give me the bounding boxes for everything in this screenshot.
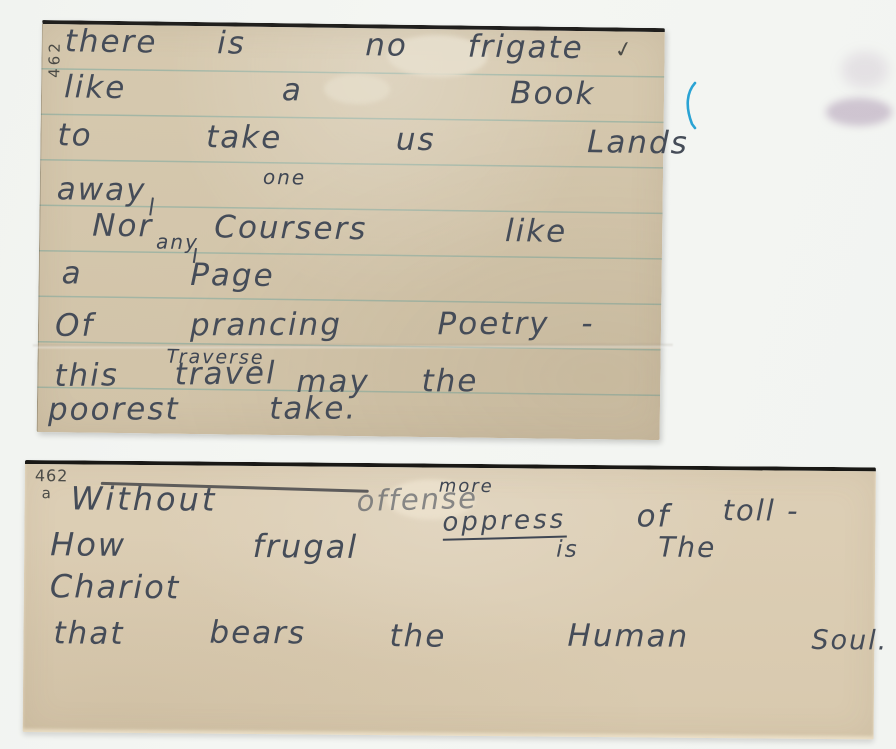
poem-line: Of prancing Poetry - — [55, 309, 595, 342]
poem-line: a Page — [61, 258, 274, 292]
interlinear-insertion-one: one — [263, 167, 306, 188]
poem-word: Soul. — [811, 627, 888, 655]
catalog-number-vertical: 462 — [45, 40, 63, 78]
purple-smudge — [826, 98, 892, 126]
poem-line: Nor — [92, 211, 153, 243]
poem-line: Without — [71, 482, 218, 515]
interlinear-insertion-more: more — [439, 478, 494, 496]
poem-line: poorest take. — [48, 393, 357, 425]
poem-line: to take us Lands — [57, 120, 689, 159]
poem-word: of — [636, 501, 670, 532]
bottom-card-slip: 462 a Without offense more oppress of to… — [23, 460, 876, 739]
poem-word: The — [658, 534, 716, 563]
poem-line: this travel — [54, 358, 277, 392]
poem-word: is — [556, 539, 579, 562]
interlinear-insertion-any: any — [156, 232, 199, 253]
purple-smudge-faint — [842, 52, 888, 88]
poem-line: Coursers like — [214, 212, 567, 248]
poem-word: toll - — [722, 496, 799, 526]
top-index-card: 462 ✓ there is no frigate like a Book to… — [37, 20, 665, 440]
poem-line: there is no frigate — [65, 26, 584, 64]
catalog-letter: a — [42, 486, 53, 501]
poem-word: that — [53, 618, 124, 650]
poem-word: Human — [567, 621, 689, 653]
poem-word: bears — [209, 618, 306, 650]
poem-line: like a Book — [64, 72, 596, 110]
paper-crease — [33, 344, 673, 349]
catalog-number: 462 — [35, 468, 69, 484]
check-mark: ✓ — [613, 38, 637, 64]
poem-line: How frugal — [50, 528, 358, 563]
poem-line: Chariot — [50, 570, 181, 603]
correction-word-underlined: oppress — [442, 507, 566, 541]
poem-word: the — [389, 621, 446, 652]
blue-pen-mark — [683, 80, 705, 132]
poem-line: away — [57, 174, 147, 206]
